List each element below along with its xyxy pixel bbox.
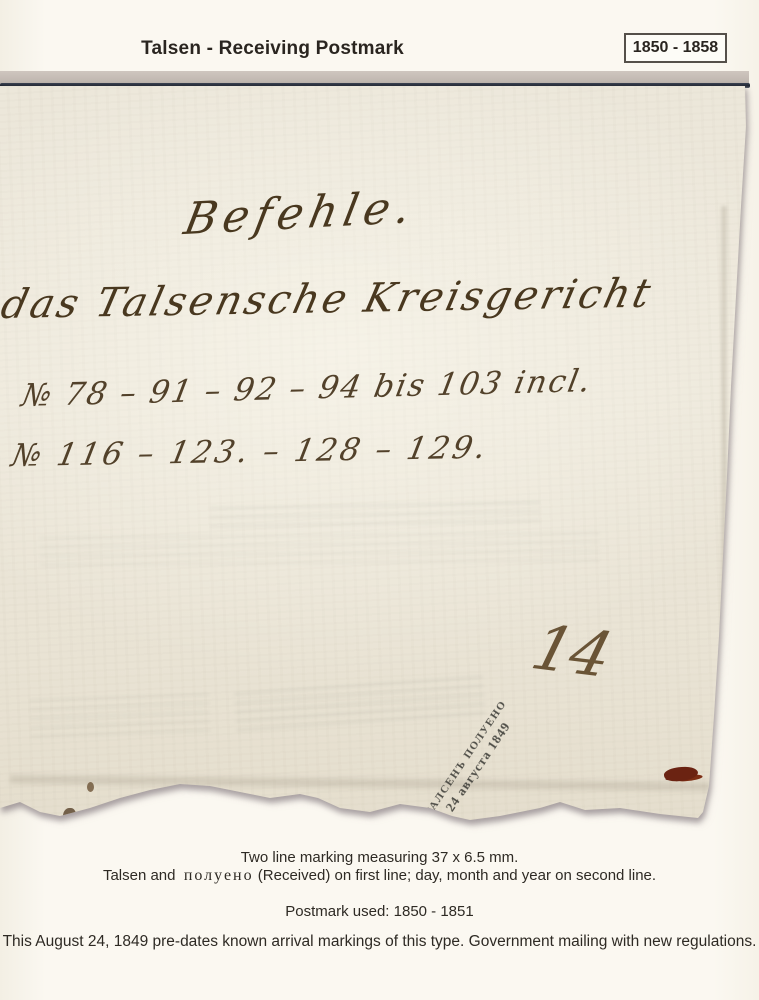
handwritten-line-2: das Talsensche Kreisgericht [0, 271, 658, 329]
paper-crease [720, 206, 728, 806]
page-title: Talsen - Receiving Postmark [0, 38, 545, 60]
stain-spot [87, 782, 94, 792]
ink-bleedthrough [210, 501, 540, 533]
manuscript-paper: Befehle. das Talsensche Kreisgericht № 7… [0, 86, 759, 850]
caption-description-suffix: (Received) on first line; day, month and… [254, 867, 656, 884]
period-badge: 1850 - 1858 [624, 33, 727, 63]
handwritten-line-3: № 78 – 91 – 92 – 94 bis 103 incl. [19, 363, 596, 414]
caption-postmark-used: Postmark used: 1850 - 1851 [0, 903, 759, 920]
caption-footnote: This August 24, 1849 pre-dates known arr… [0, 933, 759, 951]
handwritten-docket-number: 14 [524, 611, 617, 691]
handwritten-line-4: № 116 – 123. – 128 – 129. [8, 430, 491, 474]
ink-bleedthrough [234, 675, 486, 736]
caption-description: Talsen and полуено (Received) on first l… [0, 867, 759, 885]
handwritten-line-1: Befehle. [180, 182, 421, 246]
ink-bleedthrough [40, 532, 600, 571]
caption-cyrillic-word: полуено [184, 867, 254, 884]
handwritten-small-mark: 2 [442, 828, 458, 850]
ink-bleedthrough [29, 693, 210, 739]
caption-description-prefix: Talsen and [103, 867, 184, 884]
stain-spot [63, 808, 76, 825]
exhibit-page: Talsen - Receiving Postmark 1850 - 1858 … [0, 0, 759, 1000]
manuscript-scan: Befehle. das Talsensche Kreisgericht № 7… [0, 86, 759, 850]
caption-measurement: Two line marking measuring 37 x 6.5 mm. [0, 849, 759, 866]
paper-crease [10, 772, 710, 793]
